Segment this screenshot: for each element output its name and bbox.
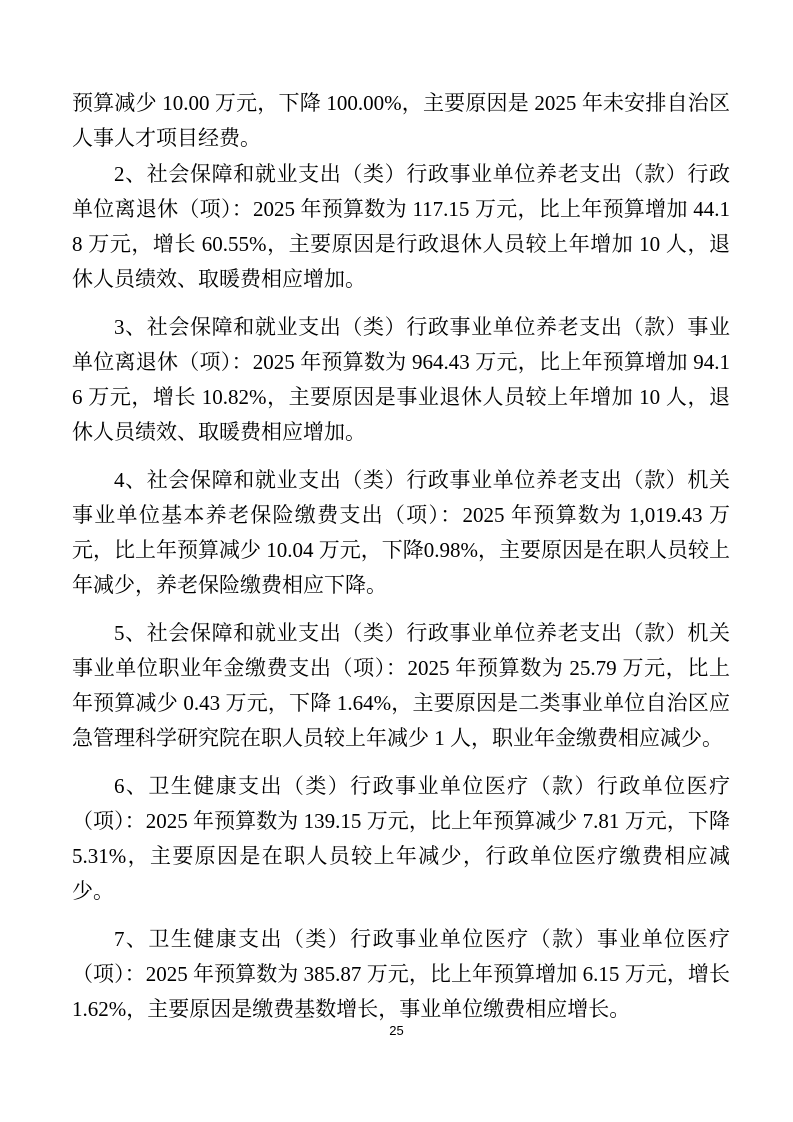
page-footer: 25 [0,1022,793,1040]
paragraph-item-4: 4、社会保障和就业支出（类）行政事业单位养老支出（款）机关事业单位基本养老保险缴… [72,463,730,603]
paragraph-continuation: 预算减少 10.00 万元，下降 100.00%，主要原因是 2025 年未安排… [72,86,730,156]
paragraph-item-2: 2、社会保障和就业支出（类）行政事业单位养老支出（款）行政单位离退休（项）：20… [72,157,730,297]
document-page: 预算减少 10.00 万元，下降 100.00%，主要原因是 2025 年未安排… [0,0,793,1122]
paragraph-item-7: 7、卫生健康支出（类）行政事业单位医疗（款）事业单位医疗（项）：2025 年预算… [72,922,730,1027]
page-content: 预算减少 10.00 万元，下降 100.00%，主要原因是 2025 年未安排… [72,86,730,1040]
paragraph-item-5: 5、社会保障和就业支出（类）行政事业单位养老支出（款）机关事业单位职业年金缴费支… [72,616,730,756]
paragraph-item-3: 3、社会保障和就业支出（类）行政事业单位养老支出（款）事业单位离退休（项）：20… [72,310,730,450]
page-number: 25 [389,1023,403,1038]
paragraph-item-6: 6、卫生健康支出（类）行政事业单位医疗（款）行政单位医疗（项）：2025 年预算… [72,769,730,909]
